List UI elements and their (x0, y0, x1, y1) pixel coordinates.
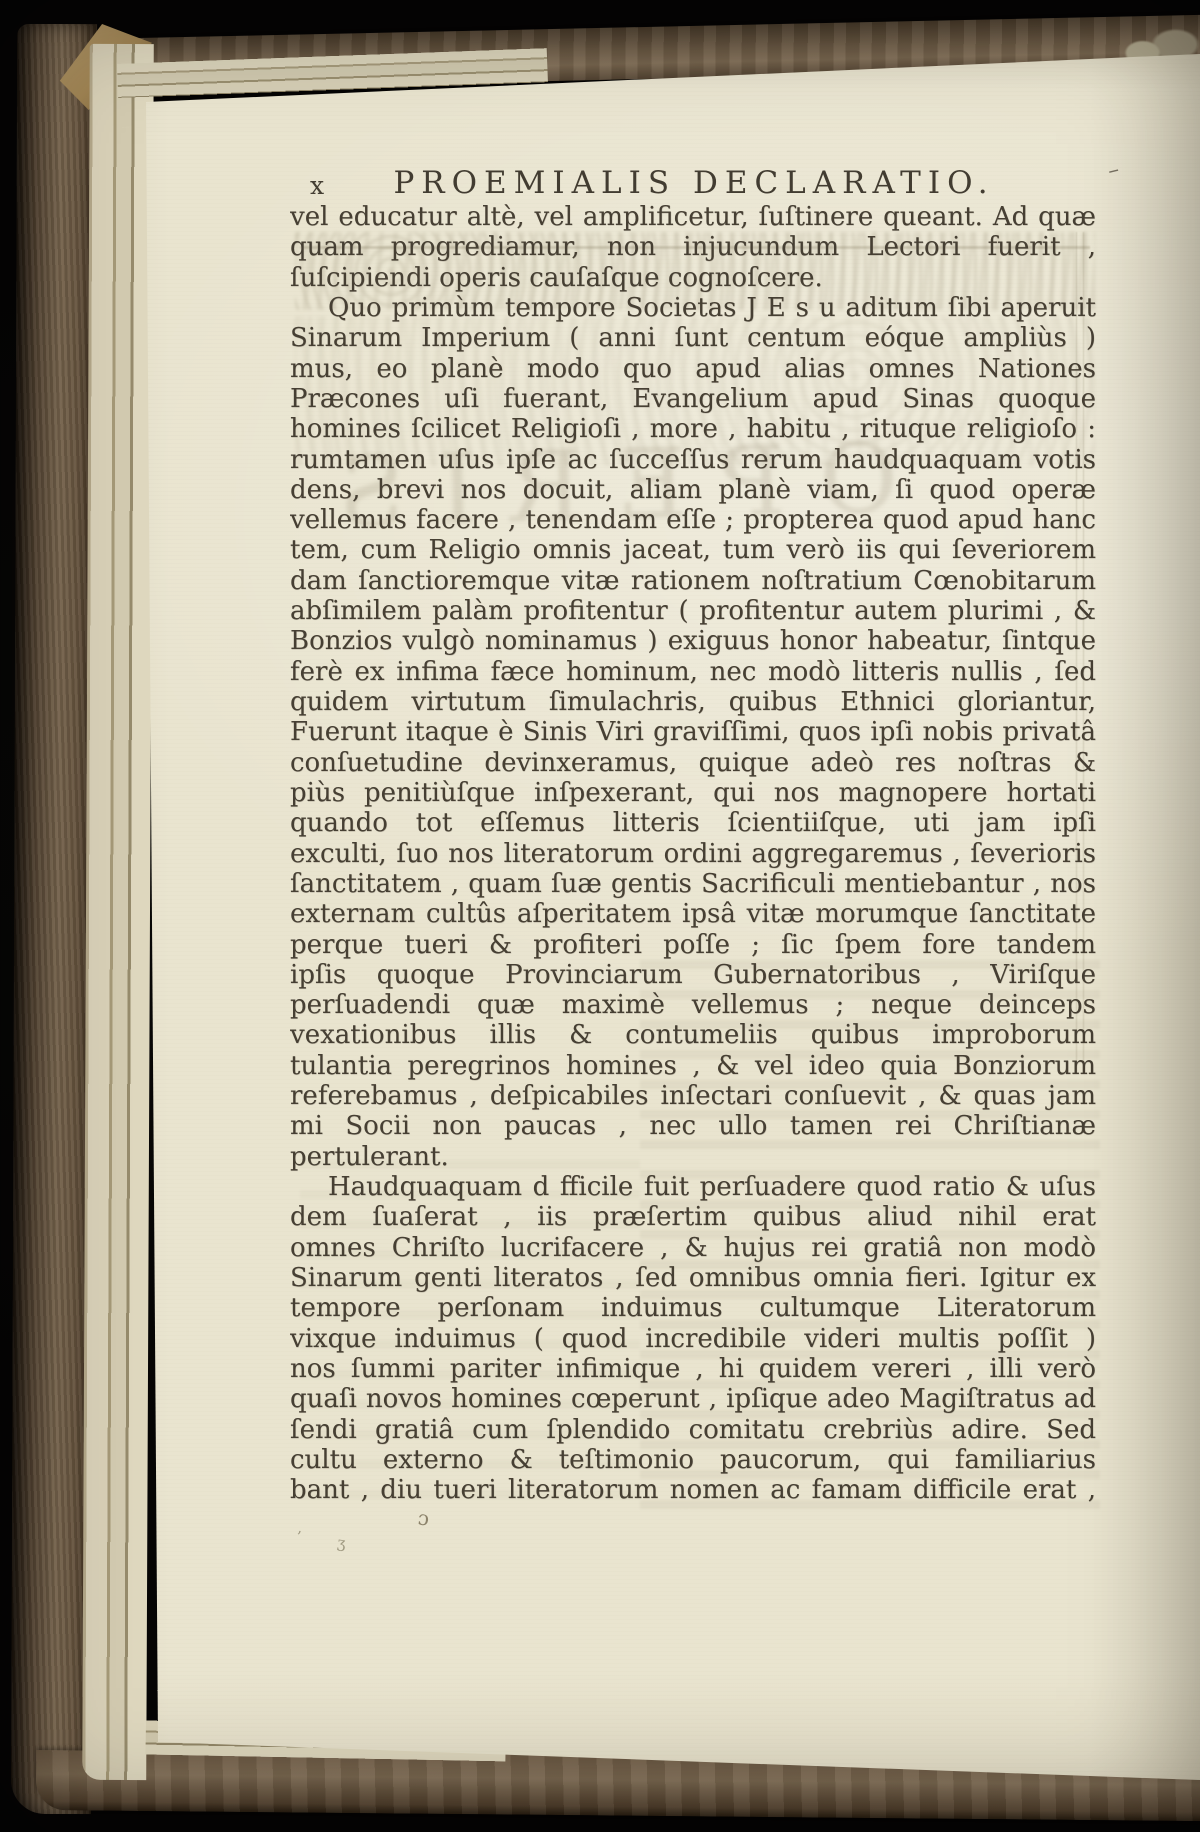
body-line: nos ſummi pariter infimique , hi quidem … (290, 1354, 1096, 1384)
body-line: tulantia peregrinos homines , & vel ideo… (290, 1051, 1096, 1081)
body-line: Præcones uſi fuerant, Evangelium apud Si… (290, 384, 1096, 414)
body-line: quidem virtutum ſimulachris, quibus Ethn… (290, 687, 1096, 717)
page-edge-stack-left (82, 44, 154, 1780)
page-title: PROEMIALIS DECLARATIO. (292, 165, 1096, 203)
body-line: quaſi novos homines cœperunt , ipſique a… (290, 1384, 1096, 1414)
body-line: Quo primùm tempore Societas J E s u adit… (290, 293, 1096, 323)
body-line: vixque induimus ( quod incredibile vider… (290, 1324, 1096, 1354)
header-stray-mark: – (1105, 157, 1122, 184)
body-line: piùs penitiùſque inſpexerant, qui nos ma… (290, 778, 1096, 808)
signature-mark: ɔ (417, 1505, 431, 1530)
book-photo: OPERIS x PROEMIALIS DECLARATIO. – vel ed… (0, 0, 1200, 1832)
body-line: referebamus , deſpicabiles inſectari con… (290, 1081, 1096, 1111)
body-line: tem, cum Religio omnis jaceat, tum verò … (290, 535, 1096, 565)
body-line: dam ſanctioremque vitæ rationem noſtrati… (290, 566, 1096, 596)
body-line: quando tot eſſemus litteris ſcientiiſque… (290, 808, 1096, 838)
body-line: mi Socii non paucas , nec ullo tamen rei… (290, 1111, 1096, 1141)
body-line: pertulerant. (290, 1142, 1096, 1172)
body-line: exculti, ſuo nos literatorum ordini aggr… (290, 839, 1096, 869)
body-line: Bonzios vulgò nominamus ) exiguus honor … (290, 626, 1096, 656)
body-line: dens, brevi nos docuit, aliam planè viam… (290, 475, 1096, 505)
body-line: Fuerunt itaque è Sinis Viri graviſſimi, … (290, 717, 1096, 747)
body-text: vel educatur altè, vel amplificetur, ſuſ… (290, 202, 1096, 1505)
body-line: dem ſuaſerat , iis præſertim quibus aliu… (290, 1202, 1096, 1232)
body-line: externam cultûs aſperitatem ipsâ vitæ mo… (290, 899, 1096, 929)
body-line: ſuſcipiendi operis cauſaſque cognoſcere. (290, 263, 1096, 293)
body-line: Sinarum Imperium ( anni ſunt centum eóqu… (290, 323, 1096, 353)
body-line: conſuetudine devinxeramus, quique adeò r… (290, 748, 1096, 778)
body-line: ipſis quoque Provinciarum Gubernatoribus… (290, 960, 1096, 990)
body-line: vel educatur altè, vel amplificetur, ſuſ… (290, 202, 1096, 232)
body-line: omnes Chriſto lucrifacere , & hujus rei … (290, 1233, 1096, 1263)
body-line: ferè ex infima fæce hominum, nec modò li… (290, 657, 1096, 687)
body-line: cultu externo & teſtimonio paucorum, qui… (290, 1445, 1096, 1475)
body-line: bant , diu tueri literatorum nomen ac fa… (290, 1475, 1096, 1505)
body-line: ſendi gratiâ cum ſplendido comitatu creb… (290, 1415, 1096, 1445)
book-page: OPERIS x PROEMIALIS DECLARATIO. – vel ed… (0, 0, 1200, 1832)
body-line: ſanctitatem , quam ſuæ gentis Sacrificul… (290, 869, 1096, 899)
body-line: vexationibus illis & contumeliis quibus … (290, 1020, 1096, 1050)
body-line: homines ſcilicet Religioſi , more , habi… (290, 414, 1096, 444)
body-line: Haudquaquam d fficile fuit perſuadere qu… (290, 1172, 1096, 1202)
body-line: perque tueri & profiteri poſſe ; ſic ſpe… (290, 930, 1096, 960)
body-line: mus, eo planè modo quo apud alias omnes … (290, 354, 1096, 384)
body-line: perſuadendi quæ maximè vellemus ; neque … (290, 990, 1096, 1020)
body-line: rumtamen uſus ipſe ac ſucceſſus rerum ha… (290, 445, 1096, 475)
stray-ink-marks: ’ ʒ (295, 1527, 363, 1554)
body-line: Sinarum genti literatos , ſed omnibus om… (290, 1263, 1096, 1293)
body-line: tempore perſonam induimus cultumque Lite… (290, 1293, 1096, 1323)
body-line: quam progrediamur, non injucundum Lector… (290, 232, 1096, 262)
body-line: abſimilem palàm profitentur ( profitentu… (290, 596, 1096, 626)
body-line: vellemus facere , tenendam eſſe ; propte… (290, 505, 1096, 535)
